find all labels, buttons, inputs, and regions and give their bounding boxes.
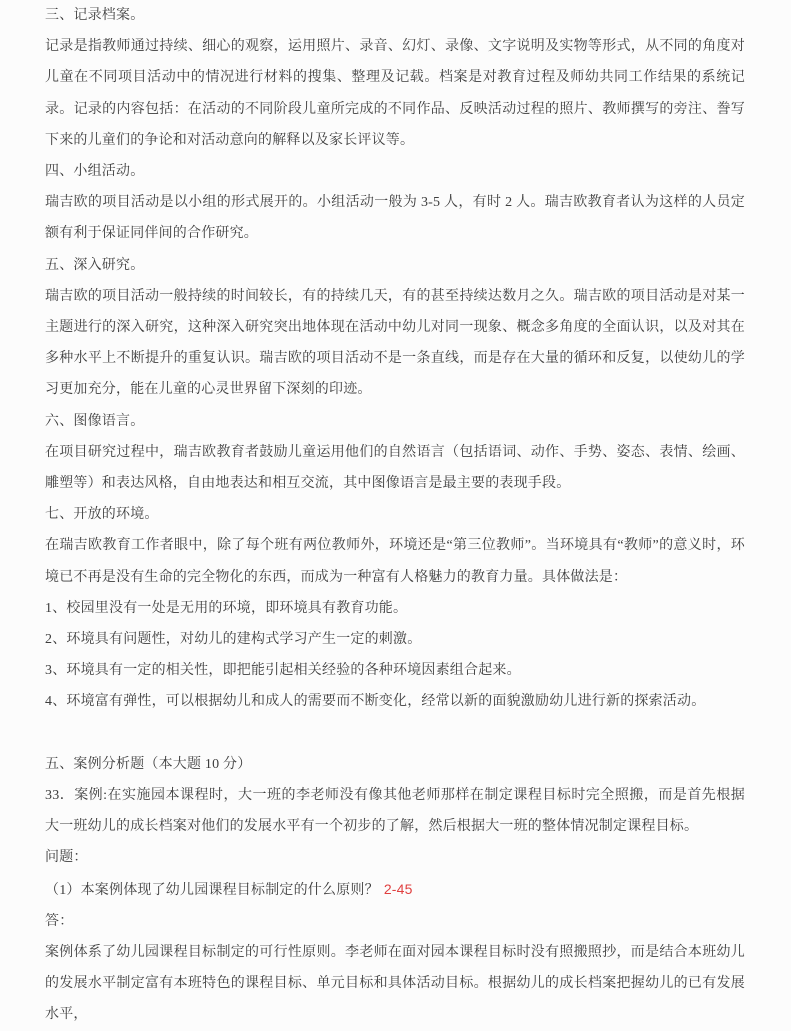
sec5-para-text: 瑞吉欧的项目活动一般持续的时间较长，有的持续几天，有的甚至持续达数月之久。瑞吉欧… (45, 289, 745, 398)
env-list-item-2: 2、环境具有问题性，对幼儿的建构式学习产生一定的刺激。 (45, 624, 745, 655)
answer-para-text: 案例体系了幼儿园课程目标制定的可行性原则。李老师在面对园本课程目标时没有照搬照抄… (45, 945, 745, 995)
document-page: 三、记录档案。记录是指教师通过持续、细心的观察，运用照片、录音、幻灯、录像、文字… (45, 0, 745, 995)
sec4-para-text: 瑞吉欧的项目活动是以小组的形式展开的。小组活动一般为 3-5 人，有时 2 人。… (45, 195, 745, 241)
question-1: （1）本案例体现了幼儿园课程目标制定的什么原则？2-45 (45, 874, 745, 906)
answer-label: 答： (45, 906, 745, 937)
page-reference-mark: 2-45 (384, 881, 413, 897)
sec6-para: 在项目研究过程中，瑞吉欧教育者鼓励儿童运用他们的自然语言（包括语词、动作、手势、… (45, 437, 745, 499)
sec6-heading: 六、图像语言。 (45, 406, 745, 437)
sec7-heading-text: 七、开放的环境。 (45, 507, 159, 522)
question-label: 问题： (45, 842, 745, 873)
env-list-item-3-text: 3、环境具有一定的相关性，即把能引起相关经验的各种环境因素组合起来。 (45, 663, 521, 678)
case-section-heading-text: 五、案例分析题（本大题 10 分） (45, 757, 251, 772)
answer-para: 案例体系了幼儿园课程目标制定的可行性原则。李老师在面对园本课程目标时没有照搬照抄… (45, 937, 745, 995)
env-list-item-2-text: 2、环境具有问题性，对幼儿的建构式学习产生一定的刺激。 (45, 632, 421, 647)
sec4-heading: 四、小组活动。 (45, 156, 745, 187)
sec6-heading-text: 六、图像语言。 (45, 414, 144, 429)
sec5-para: 瑞吉欧的项目活动一般持续的时间较长，有的持续几天，有的甚至持续达数月之久。瑞吉欧… (45, 281, 745, 406)
sec5-heading: 五、深入研究。 (45, 250, 745, 281)
case-33-para: 33．案例:在实施园本课程时，大一班的李老师没有像其他老师那样在制定课程目标时完… (45, 780, 745, 842)
sec3-heading: 三、记录档案。 (45, 0, 745, 31)
env-list-item-4: 4、环境富有弹性，可以根据幼儿和成人的需要而不断变化，经常以新的面貌激励幼儿进行… (45, 686, 745, 717)
sec4-para: 瑞吉欧的项目活动是以小组的形式展开的。小组活动一般为 3-5 人，有时 2 人。… (45, 187, 745, 249)
sec7-heading: 七、开放的环境。 (45, 499, 745, 530)
env-list-item-3: 3、环境具有一定的相关性，即把能引起相关经验的各种环境因素组合起来。 (45, 655, 745, 686)
env-list-item-4-text: 4、环境富有弹性，可以根据幼儿和成人的需要而不断变化，经常以新的面貌激励幼儿进行… (45, 694, 705, 709)
sec3-para-text: 记录是指教师通过持续、细心的观察，运用照片、录音、幻灯、录像、文字说明及实物等形… (45, 39, 745, 148)
env-list-item-1: 1、校园里没有一处是无用的环境，即环境具有教育功能。 (45, 593, 745, 624)
question-1-text: （1）本案例体现了幼儿园课程目标制定的什么原则？ (45, 883, 379, 898)
sec6-para-text: 在项目研究过程中，瑞吉欧教育者鼓励儿童运用他们的自然语言（包括语词、动作、手势、… (45, 445, 745, 491)
sec5-heading-text: 五、深入研究。 (45, 258, 144, 273)
sec4-heading-text: 四、小组活动。 (45, 164, 144, 179)
answer-label-text: 答： (45, 914, 73, 929)
case-section-heading: 五、案例分析题（本大题 10 分） (45, 749, 745, 780)
question-label-text: 问题： (45, 850, 88, 865)
sec7-para: 在瑞吉欧教育工作者眼中，除了每个班有两位教师外，环境还是“第三位教师”。当环境具… (45, 530, 745, 592)
sec7-para-text: 在瑞吉欧教育工作者眼中，除了每个班有两位教师外，环境还是“第三位教师”。当环境具… (45, 538, 745, 584)
case-33-para-text: 33．案例:在实施园本课程时，大一班的李老师没有像其他老师那样在制定课程目标时完… (45, 788, 745, 834)
env-list-item-1-text: 1、校园里没有一处是无用的环境，即环境具有教育功能。 (45, 601, 407, 616)
sec3-heading-text: 三、记录档案。 (45, 8, 144, 23)
sec3-para: 记录是指教师通过持续、细心的观察，运用照片、录音、幻灯、录像、文字说明及实物等形… (45, 31, 745, 156)
